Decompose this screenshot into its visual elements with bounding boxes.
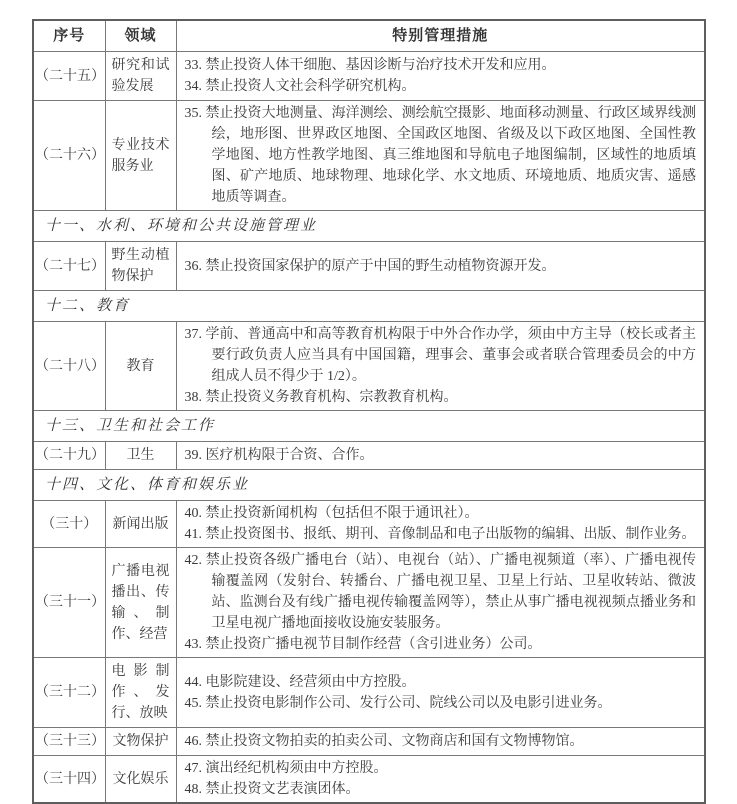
entry-serial-number: （三十二） bbox=[33, 658, 105, 728]
measure-number: 35. bbox=[185, 106, 203, 121]
measure-item: 36. 禁止投资国家保护的原产于中国的野生动植物资源开发。 bbox=[185, 256, 697, 277]
measure-text: 电影院建设、经营须由中方控股。 bbox=[206, 675, 416, 690]
entry-serial-number: （二十七） bbox=[33, 242, 105, 291]
measure-number: 37. bbox=[185, 327, 203, 342]
measure-number: 44. bbox=[185, 675, 203, 690]
section-label: 十二、教育 bbox=[33, 291, 705, 322]
entry-row: （二十六）专业技术服务业35. 禁止投资大地测量、海洋测绘、测绘航空摄影、地面移… bbox=[33, 101, 705, 211]
measure-text: 禁止投资电影制作公司、发行公司、院线公司以及电影引进业务。 bbox=[206, 696, 612, 711]
measure-number: 41. bbox=[185, 527, 203, 542]
entry-field: 文物保护 bbox=[105, 728, 176, 756]
entry-field: 文化娱乐 bbox=[105, 756, 176, 804]
entry-serial-number: （二十九） bbox=[33, 442, 105, 470]
measure-item: 39. 医疗机构限于合资、合作。 bbox=[185, 445, 697, 466]
measure-text: 禁止投资大地测量、海洋测绘、测绘航空摄影、地面移动测量、行政区域界线测绘，地形图… bbox=[206, 106, 696, 205]
entry-field: 专业技术服务业 bbox=[105, 101, 176, 211]
measure-text: 禁止投资文艺表演团体。 bbox=[206, 782, 360, 797]
measure-item: 46. 禁止投资文物拍卖的拍卖公司、文物商店和国有文物博物馆。 bbox=[185, 731, 697, 752]
section-row: 十二、教育 bbox=[33, 291, 705, 322]
entry-row: （二十五）研究和试验发展33. 禁止投资人体干细胞、基因诊断与治疗技术开发和应用… bbox=[33, 52, 705, 101]
entry-serial-number: （二十八） bbox=[33, 322, 105, 411]
section-row: 十三、卫生和社会工作 bbox=[33, 411, 705, 442]
entry-field: 野生动植物保护 bbox=[105, 242, 176, 291]
measure-item: 37. 学前、普通高中和高等教育机构限于中外合作办学，须由中方主导（校长或者主要… bbox=[185, 324, 697, 387]
measure-number: 42. bbox=[185, 553, 203, 568]
measure-item: 38. 禁止投资义务教育机构、宗教教育机构。 bbox=[185, 387, 697, 408]
measure-text: 学前、普通高中和高等教育机构限于中外合作办学，须由中方主导（校长或者主要行政负责… bbox=[206, 327, 696, 384]
entry-row: （三十）新闻出版40. 禁止投资新闻机构（包括但不限于通讯社）。41. 禁止投资… bbox=[33, 501, 705, 548]
measure-number: 47. bbox=[185, 761, 203, 776]
entry-serial-number: （二十六） bbox=[33, 101, 105, 211]
negative-list-table: 序号 领域 特别管理措施 （二十五）研究和试验发展33. 禁止投资人体干细胞、基… bbox=[32, 19, 706, 804]
table-header-row: 序号 领域 特别管理措施 bbox=[33, 20, 705, 52]
entry-row: （三十一）广播电视播出、传输、制作、经营42. 禁止投资各级广播电台（站）、电视… bbox=[33, 548, 705, 658]
measure-item: 45. 禁止投资电影制作公司、发行公司、院线公司以及电影引进业务。 bbox=[185, 693, 697, 714]
measure-number: 33. bbox=[185, 58, 203, 73]
measure-text: 禁止投资广播电视节目制作经营（含引进业务）公司。 bbox=[206, 637, 542, 652]
entry-row: （二十九）卫生39. 医疗机构限于合资、合作。 bbox=[33, 442, 705, 470]
measure-text: 禁止投资各级广播电台（站）、电视台（站）、广播电视频道（率）、广播电视传输覆盖网… bbox=[206, 553, 696, 631]
entry-field: 电影制作、发行、放映 bbox=[105, 658, 176, 728]
measure-item: 34. 禁止投资人文社会科学研究机构。 bbox=[185, 76, 697, 97]
measure-item: 43. 禁止投资广播电视节目制作经营（含引进业务）公司。 bbox=[185, 634, 697, 655]
entry-measures: 47. 演出经纪机构须由中方控股。48. 禁止投资文艺表演团体。 bbox=[176, 756, 705, 804]
entry-measures: 40. 禁止投资新闻机构（包括但不限于通讯社）。41. 禁止投资图书、报纸、期刊… bbox=[176, 501, 705, 548]
entry-measures: 44. 电影院建设、经营须由中方控股。45. 禁止投资电影制作公司、发行公司、院… bbox=[176, 658, 705, 728]
measure-item: 44. 电影院建设、经营须由中方控股。 bbox=[185, 672, 697, 693]
measure-number: 43. bbox=[185, 637, 203, 652]
section-row: 十一、水利、环境和公共设施管理业 bbox=[33, 211, 705, 242]
measure-text: 禁止投资图书、报纸、期刊、音像制品和电子出版物的编辑、出版、制作业务。 bbox=[206, 527, 696, 542]
entry-field: 卫生 bbox=[105, 442, 176, 470]
entry-serial-number: （二十五） bbox=[33, 52, 105, 101]
entry-measures: 46. 禁止投资文物拍卖的拍卖公司、文物商店和国有文物博物馆。 bbox=[176, 728, 705, 756]
entry-measures: 35. 禁止投资大地测量、海洋测绘、测绘航空摄影、地面移动测量、行政区域界线测绘… bbox=[176, 101, 705, 211]
measure-number: 46. bbox=[185, 734, 203, 749]
entry-serial-number: （三十四） bbox=[33, 756, 105, 804]
measure-number: 48. bbox=[185, 782, 203, 797]
measure-text: 禁止投资人体干细胞、基因诊断与治疗技术开发和应用。 bbox=[206, 58, 556, 73]
entry-measures: 42. 禁止投资各级广播电台（站）、电视台（站）、广播电视频道（率）、广播电视传… bbox=[176, 548, 705, 658]
measure-item: 35. 禁止投资大地测量、海洋测绘、测绘航空摄影、地面移动测量、行政区域界线测绘… bbox=[185, 103, 697, 208]
measure-text: 禁止投资人文社会科学研究机构。 bbox=[206, 79, 416, 94]
entry-row: （三十二）电影制作、发行、放映44. 电影院建设、经营须由中方控股。45. 禁止… bbox=[33, 658, 705, 728]
measure-text: 禁止投资新闻机构（包括但不限于通讯社）。 bbox=[206, 506, 479, 521]
entry-measures: 33. 禁止投资人体干细胞、基因诊断与治疗技术开发和应用。34. 禁止投资人文社… bbox=[176, 52, 705, 101]
measure-item: 47. 演出经纪机构须由中方控股。 bbox=[185, 758, 697, 779]
column-header-serial: 序号 bbox=[33, 20, 105, 52]
measure-item: 48. 禁止投资文艺表演团体。 bbox=[185, 779, 697, 800]
measure-number: 45. bbox=[185, 696, 203, 711]
entry-field: 新闻出版 bbox=[105, 501, 176, 548]
entry-row: （二十八）教育37. 学前、普通高中和高等教育机构限于中外合作办学，须由中方主导… bbox=[33, 322, 705, 411]
entry-field: 研究和试验发展 bbox=[105, 52, 176, 101]
entry-measures: 37. 学前、普通高中和高等教育机构限于中外合作办学，须由中方主导（校长或者主要… bbox=[176, 322, 705, 411]
column-header-field: 领域 bbox=[105, 20, 176, 52]
entry-field: 广播电视播出、传输、制作、经营 bbox=[105, 548, 176, 658]
section-row: 十四、文化、体育和娱乐业 bbox=[33, 470, 705, 501]
entry-serial-number: （三十） bbox=[33, 501, 105, 548]
measure-item: 42. 禁止投资各级广播电台（站）、电视台（站）、广播电视频道（率）、广播电视传… bbox=[185, 550, 697, 634]
table-body: （二十五）研究和试验发展33. 禁止投资人体干细胞、基因诊断与治疗技术开发和应用… bbox=[33, 52, 705, 804]
measure-number: 40. bbox=[185, 506, 203, 521]
entry-row: （三十四）文化娱乐47. 演出经纪机构须由中方控股。48. 禁止投资文艺表演团体… bbox=[33, 756, 705, 804]
section-label: 十四、文化、体育和娱乐业 bbox=[33, 470, 705, 501]
section-label: 十一、水利、环境和公共设施管理业 bbox=[33, 211, 705, 242]
measure-item: 40. 禁止投资新闻机构（包括但不限于通讯社）。 bbox=[185, 503, 697, 524]
measure-text: 禁止投资国家保护的原产于中国的野生动植物资源开发。 bbox=[206, 259, 556, 274]
section-label: 十三、卫生和社会工作 bbox=[33, 411, 705, 442]
measure-number: 38. bbox=[185, 390, 203, 405]
entry-row: （三十三）文物保护46. 禁止投资文物拍卖的拍卖公司、文物商店和国有文物博物馆。 bbox=[33, 728, 705, 756]
entry-field: 教育 bbox=[105, 322, 176, 411]
measure-text: 禁止投资义务教育机构、宗教教育机构。 bbox=[206, 390, 458, 405]
column-header-measures: 特别管理措施 bbox=[176, 20, 705, 52]
measure-text: 演出经纪机构须由中方控股。 bbox=[206, 761, 388, 776]
entry-measures: 36. 禁止投资国家保护的原产于中国的野生动植物资源开发。 bbox=[176, 242, 705, 291]
entry-serial-number: （三十一） bbox=[33, 548, 105, 658]
measure-number: 39. bbox=[185, 448, 203, 463]
document-page: 序号 领域 特别管理措施 （二十五）研究和试验发展33. 禁止投资人体干细胞、基… bbox=[0, 0, 737, 804]
measure-text: 禁止投资文物拍卖的拍卖公司、文物商店和国有文物博物馆。 bbox=[206, 734, 584, 749]
entry-measures: 39. 医疗机构限于合资、合作。 bbox=[176, 442, 705, 470]
measure-number: 34. bbox=[185, 79, 203, 94]
measure-number: 36. bbox=[185, 259, 203, 274]
measure-item: 41. 禁止投资图书、报纸、期刊、音像制品和电子出版物的编辑、出版、制作业务。 bbox=[185, 524, 697, 545]
entry-row: （二十七）野生动植物保护36. 禁止投资国家保护的原产于中国的野生动植物资源开发… bbox=[33, 242, 705, 291]
entry-serial-number: （三十三） bbox=[33, 728, 105, 756]
measure-item: 33. 禁止投资人体干细胞、基因诊断与治疗技术开发和应用。 bbox=[185, 55, 697, 76]
measure-text: 医疗机构限于合资、合作。 bbox=[206, 448, 374, 463]
